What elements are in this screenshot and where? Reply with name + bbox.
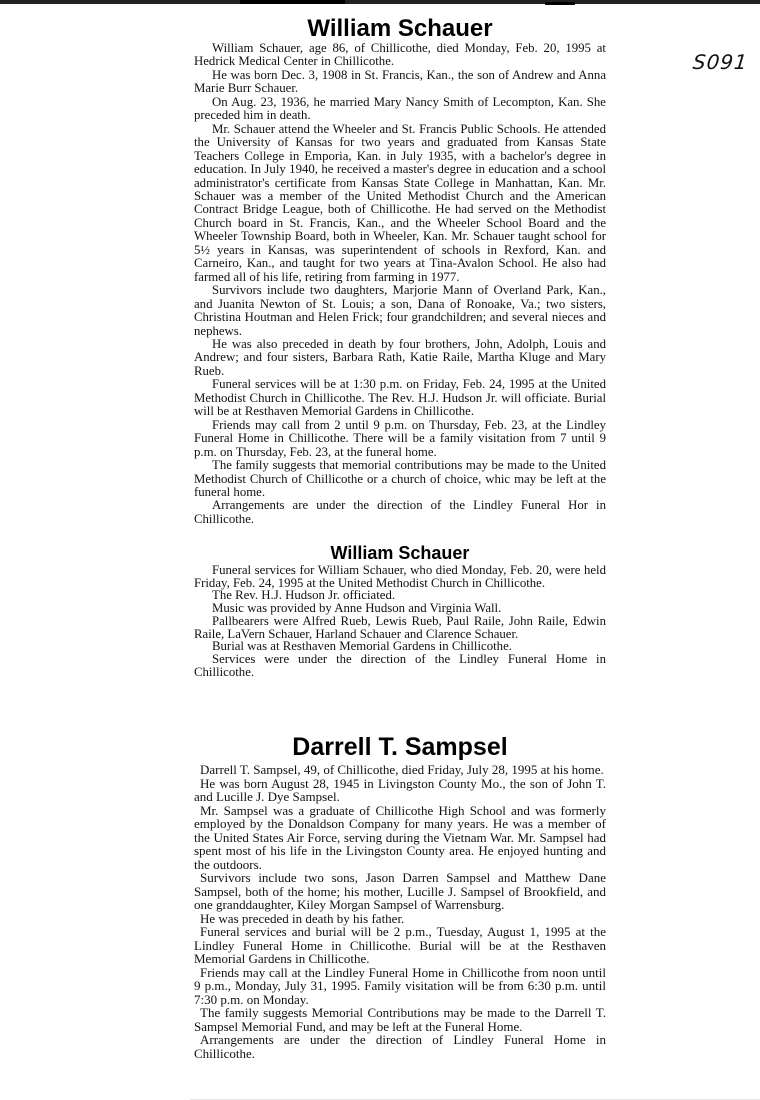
article-paragraph: He was preceded in death by his father. [194, 912, 606, 926]
article-paragraph: Pallbearers were Alfred Rueb, Lewis Rueb… [194, 615, 606, 640]
article-paragraph: The family suggests Memorial Contributio… [194, 1006, 606, 1033]
article-paragraph: Arrangements are under the direction of … [194, 499, 606, 526]
funeral-notice-schauer: William Schauer Funeral services for Wil… [194, 542, 606, 678]
article-headline: Darrell T. Sampsel [194, 733, 606, 761]
article-paragraph: He was born August 28, 1945 in Livingsto… [194, 777, 606, 804]
scan-border-mark [545, 2, 575, 5]
article-paragraph: Services were under the direction of the… [194, 653, 606, 678]
article-paragraph: Funeral services for William Schauer, wh… [194, 564, 606, 589]
article-paragraph: He was also preceded in death by four br… [194, 338, 606, 378]
article-paragraph: He was born Dec. 3, 1908 in St. Francis,… [194, 69, 606, 96]
article-paragraph: Arrangements are under the direction of … [194, 1033, 606, 1060]
article-paragraph: Friends may call at the Lindley Funeral … [194, 966, 606, 1007]
article-paragraph: Mr. Sampsel was a graduate of Chillicoth… [194, 804, 606, 872]
article-paragraph: Funeral services will be at 1:30 p.m. on… [194, 378, 606, 418]
article-paragraph: On Aug. 23, 1936, he married Mary Nancy … [194, 96, 606, 123]
article-headline: William Schauer [194, 16, 606, 42]
article-paragraph: Darrell T. Sampsel, 49, of Chillicothe, … [194, 763, 606, 777]
obituary-article-sampsel: Darrell T. Sampsel Darrell T. Sampsel, 4… [194, 733, 606, 1060]
article-paragraph: William Schauer, age 86, of Chillicothe,… [194, 42, 606, 69]
obituary-article-schauer: William Schauer William Schauer, age 86,… [194, 16, 606, 526]
article-paragraph: Survivors include two sons, Jason Darren… [194, 871, 606, 912]
handwritten-annotation: S091 [692, 50, 749, 74]
article-paragraph: Music was provided by Anne Hudson and Vi… [194, 602, 606, 615]
scan-border-mark [240, 0, 345, 4]
article-paragraph: Funeral services and burial will be 2 p.… [194, 925, 606, 966]
article-paragraph: Survivors include two daughters, Marjori… [194, 284, 606, 338]
article-paragraph: The family suggests that memorial contri… [194, 459, 606, 499]
article-paragraph: Mr. Schauer attend the Wheeler and St. F… [194, 123, 606, 284]
article-headline: William Schauer [194, 542, 606, 564]
scan-border-top [0, 0, 760, 4]
article-paragraph: Friends may call from 2 until 9 p.m. on … [194, 419, 606, 459]
